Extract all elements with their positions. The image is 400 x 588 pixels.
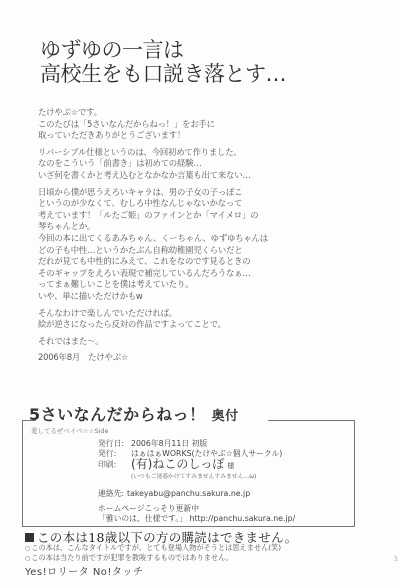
colophon-subtitle: 愛してるぜベイベ☆☆Side [31,426,109,435]
text-line: たけやぶ☆です。 [38,107,308,119]
colophon-box: 愛してるぜベイベ☆☆Side 発行日: 2006年8月11日 初版 発行: はぁ… [22,420,355,527]
issue-date-label: 発行日: [98,439,131,449]
homepage-line-1: ホームページこっそり更新中 [98,504,295,514]
text-line: そんなわけで楽しんでいただければ。 [38,308,308,320]
text-line: どの子も中性…というかたぶん自称幼稚園児くらいだと [38,245,308,257]
text-line: いざ何を書くかと考え込むとなかなか言葉も出て来ない… [38,170,308,182]
signature-line: 2006年8月 たけやぶ☆ [38,352,308,364]
contact-email: takeyabu@panchu.sakura.ne.jp [127,489,250,499]
text-line: ってまぁ難しいことを僕は考えていたり。 [38,279,308,291]
text-line: いや、単に描いただけかもw [38,291,308,303]
warning-notes: この本は、こんなタイトルですが、とても登場人物がそうとは思えません(笑) この本… [25,543,281,563]
printer-row: 印刷: (有)ねこのしっぽ様 [98,458,295,473]
square-bullet-icon [25,533,34,542]
text-line: 日頃から僕が思うえろいキャラは、男の子女の子っぽこ [38,187,308,199]
text-line: このたびは「5さいなんだからねっ！」をお手に [38,119,308,131]
text-line: 取っていただきありがとうございます！ [38,130,308,142]
text-line: というのが少なくて、むしろ中性なんじゃないかなって [38,198,308,210]
text-line: それではまた～。 [38,336,308,348]
title-line-2: 高校生をも口説き落とす… [40,62,286,86]
warning-note: この本は当たり前ですが犯罪を教唆するものではありません。 [25,553,281,563]
text-line: なのをこういう「前書き」は初めての経験… [38,158,308,170]
text-line: そのギャップをえろい表現で補完しているんだろうなぁ… [38,268,308,280]
printer-name: (有)ねこのしっぽ [131,457,224,471]
page-title: ゆずゆの一言は 高校生をも口説き落とす… [40,38,286,86]
paragraph-1: たけやぶ☆です。 このたびは「5さいなんだからねっ！」をお手に 取っていただきあ… [38,107,308,142]
book-page: ゆずゆの一言は 高校生をも口説き落とす… たけやぶ☆です。 このたびは「5さいな… [0,0,400,588]
paragraph-2: リバーシブル仕様というのは、今回初めて作りました。 なのをこういう「前書き」は初… [38,147,308,182]
paragraph-3: 日頃から僕が思うえろいキャラは、男の子女の子っぽこ というのが少なくて、むしろ中… [38,187,308,303]
signature: 2006年8月 たけやぶ☆ [38,352,308,364]
border-line [268,420,355,421]
title-line-1: ゆずゆの一言は [40,38,286,62]
text-line: 琴ちゃんとか。 [38,221,308,233]
warning-note: この本は、こんなタイトルですが、とても登場人物がそうとは思えません(笑) [25,543,281,553]
text-line: 絵が逆さになったら反対の作品ですよってことで。 [38,319,308,331]
printer-label: 印刷: [98,458,131,473]
homepage-line-2: 「雅いのは、仕様です。」 http://panchu.sakura.ne.jp/ [98,514,295,524]
issue-date-value: 2006年8月11日 初版 [131,439,207,449]
contact-row: 連絡先: takeyabu@panchu.sakura.ne.jp [98,489,295,499]
publisher-label: 発行: [98,449,131,459]
text-line: 考えています！「ルたご姫」のファインとか「マイメロ」の [38,210,308,222]
printer-honorific: 様 [227,462,234,470]
text-line: 今回の本に出てくるあみちゃん、くーちゃん、ゆずゆちゃんは [38,233,308,245]
page-number: 3 [394,555,398,563]
paragraph-5: それではまた～。 [38,336,308,348]
issue-date-row: 発行日: 2006年8月11日 初版 [98,439,295,449]
footer-slogan: Yes!ロリータ No!タッチ [25,563,143,578]
text-line: リバーシブル仕様というのは、今回初めて作りました。 [38,147,308,159]
paragraph-4: そんなわけで楽しんでいただければ。 絵が逆さになったら反対の作品ですよってことで… [38,308,308,331]
colophon-info: 発行日: 2006年8月11日 初版 発行: はぁはぁWORKS(たけやぶ☆個人… [98,439,295,524]
afterword-text: たけやぶ☆です。 このたびは「5さいなんだからねっ！」をお手に 取っていただきあ… [38,107,308,369]
printer-note: (いつもご迷惑かけてすみませんすみません…ω) [131,473,295,483]
text-line: だれが見ても中性的にみえて、これをなのです見るときの [38,256,308,268]
contact-label: 連絡先: [98,489,124,499]
border-line [22,420,36,421]
printer-value: (有)ねこのしっぽ様 [131,458,234,473]
